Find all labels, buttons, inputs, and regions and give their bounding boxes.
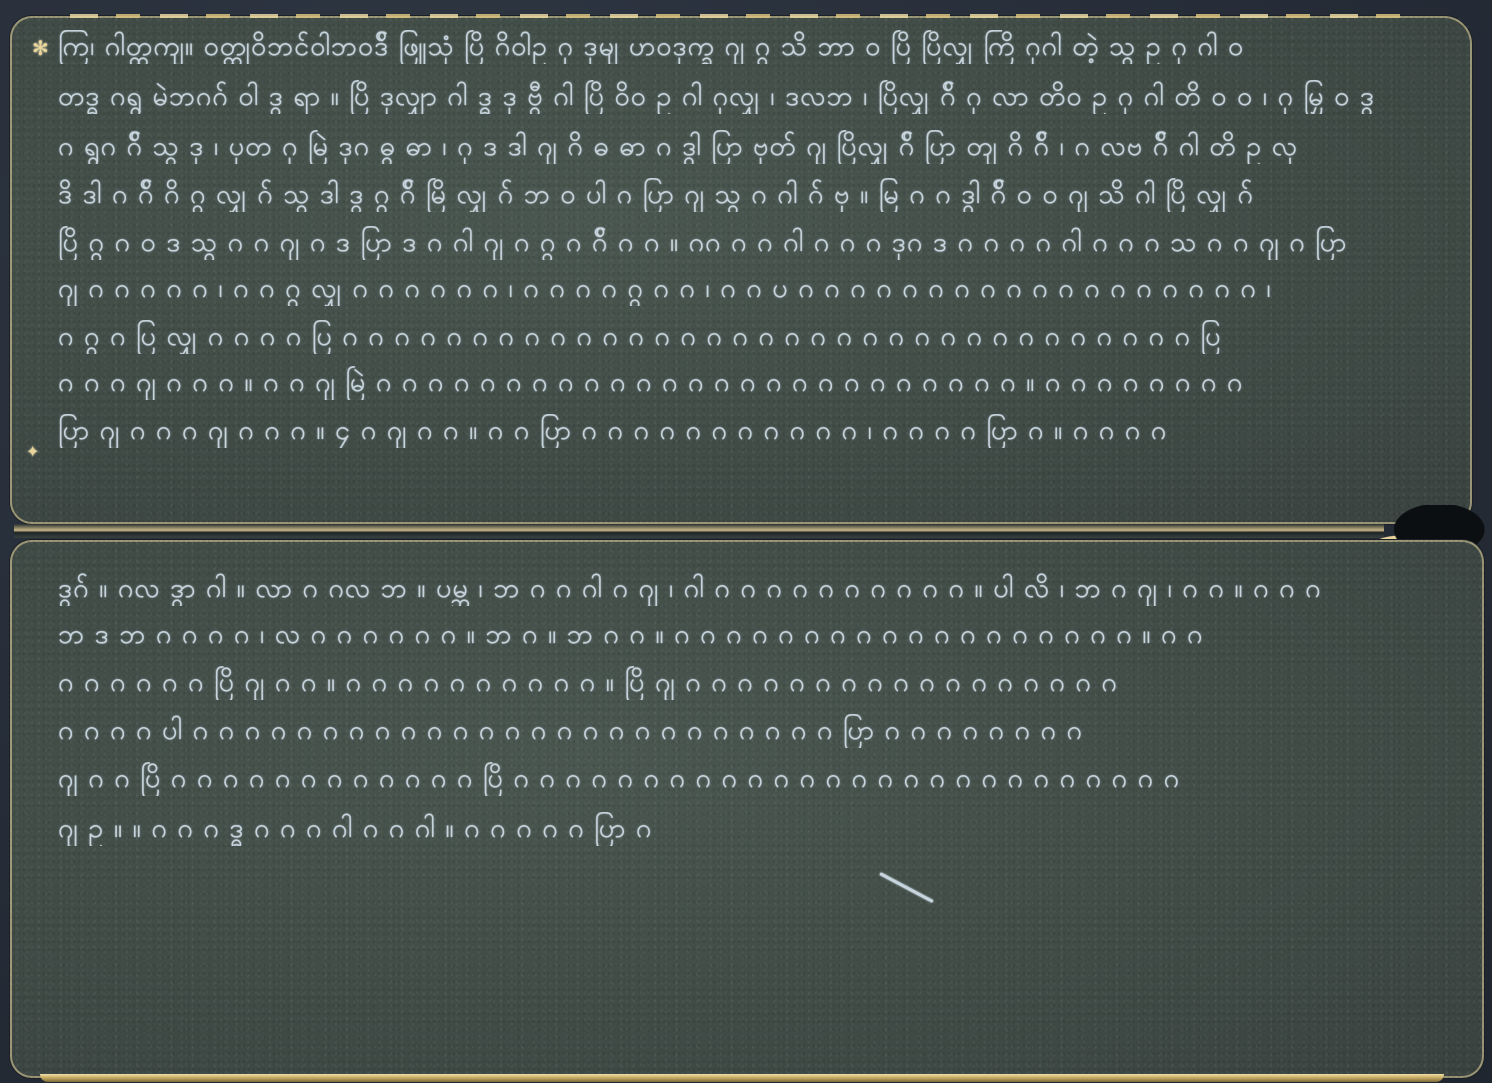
manuscript-line: ဂ ဂ ဂ ဂ ပါ ဂ ဂ ဂ ဂ ဂ ဂ ဂ ဂ ဂ ဂ ဂ ဂ ဂ ဂ ဂ… <box>58 714 1458 748</box>
manuscript-line: ဂျ ဂ ဂ ဂ ဂ ဂ ၊ ဂ ဂ ဂွ လျှ ဂ ဂ ဂ ဂ ဂ ဂ ၊ … <box>58 272 1448 306</box>
manuscript-line: ဂ ဂ ဂ ဂ ဂ ဂ ပြိ ဂျ ဂ ဂ ။ ဂ ဂ ဂ ဂ ဂ ဂ ဂ ဂ… <box>58 666 1458 700</box>
manuscript-panel-bottom: ဒွဂ် ။ ဂလ ဒွာ ဂါ ။ လာ ဂ ဂလ ဘ ။ ပမ္ဘ ၊ ဘ … <box>10 540 1484 1078</box>
fold-crease <box>14 524 1384 538</box>
manuscript-line: ဒိ ဒါ ဂ ဂ်ိ ဂိ ဂွ လျှ ဂ် သွ ဒါ ဒွ ဂ္ဂ ဂ်… <box>58 178 1448 212</box>
gilt-edge-top <box>70 14 1412 18</box>
manuscript-line: ကြ၊ ဂါတ္ထကျ။ ဝတ္ထုဝိဘင်ဝါဘဝဒ်ိ ဖြူသုံ ပြ… <box>58 30 1448 64</box>
manuscript-line: ဒွဂ် ။ ဂလ ဒွာ ဂါ ။ လာ ဂ ဂလ ဘ ။ ပမ္ဘ ၊ ဘ … <box>58 572 1458 606</box>
manuscript-line: ဂျ ဂ ဂ ပြိ ဂ ဂ ဂ ဂ ဂ ဂ ဂ ဂ ဂ ဂ ဂ ဂ ပြိ ဂ… <box>58 762 1458 796</box>
closing-flourish <box>879 872 933 903</box>
manuscript-line: ဂ ဂွ ဂ ပြ လျှ ဂ ဂ ဂ ဂ ပြ ဂ ဂ ဂ ဂ ဂ ဂ ဂ ဂ… <box>58 320 1448 354</box>
manuscript-line: ပြာ ဂျ ဂ ဂ ဂ ဂျ ဂ ဂ ဂ ။ ၄ ဂ ဂျ ဂ ဂ ။ ဂ ဂ… <box>58 414 1448 448</box>
manuscript-panel-top: ✻ ✦ ကြ၊ ဂါတ္ထကျ။ ဝတ္ထုဝိဘင်ဝါဘဝဒ်ိ ဖြူသု… <box>10 16 1472 524</box>
manuscript-line: ဘ ဒ ဘ ဂ ဂ ဂ ဂ ၊ လ ဂ ဂ ဂ ဂ ဂ ဂ ။ ဘ ဂ ။ ဘ … <box>58 618 1458 652</box>
manuscript-line: ဂ ဂ ဂ ဂျ ဂ ဂ ဂ ။ ဂ ဂ ဂျ မြဲ ဂ ဂ ဂ ဂ ဂ ဂ … <box>58 366 1448 400</box>
manuscript-line: ဂျ ဥ ။ ။ ဂ ဂ ဂ ဒ္ဓ ဂ ဂ ဂ ဂါ ဂ ဂ ဂါ ။ ဂ ဂ… <box>58 812 938 846</box>
manuscript-line: ဂ ရွဂ ဂ်ိ သွ ဒု ၊ ပုတ ဂု မြဲ ဒုဂ ဓွ ဓာ ၊… <box>58 130 1448 164</box>
manuscript-line: ပြိ ဂ္ဂ ဂ ဝ ဒ သွ ဂ ဂ ဂျ ဂ ဒ ပြာ ဒ ဂ ဂါ ဂ… <box>58 226 1448 260</box>
star-ornament-icon: ✦ <box>26 442 39 461</box>
gilt-edge-bottom <box>40 1074 1444 1082</box>
manuscript-line: တဒ္ဓ ဂရွ မဲဘဂဂ် ဝါ ဒွ ရာ ။ ပြိ ဒုလျှာ ဂါ… <box>58 80 1448 114</box>
flower-ornament-icon: ✻ <box>32 36 49 60</box>
